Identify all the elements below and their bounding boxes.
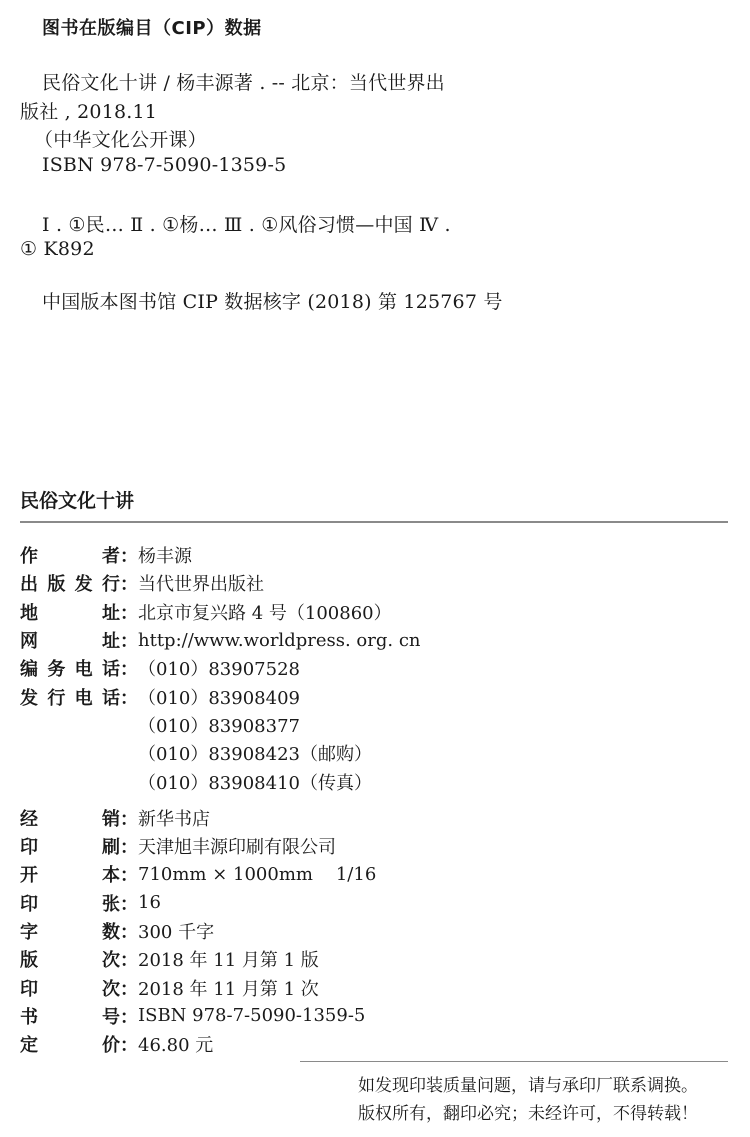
- value: （010）83908409: [138, 684, 300, 710]
- value: 300 千字: [138, 918, 214, 944]
- label: 地址: [20, 599, 120, 625]
- value: 杨丰源: [138, 542, 192, 568]
- label: 定价: [20, 1031, 120, 1057]
- label: 书号: [20, 1003, 120, 1029]
- spec-row-isbn: 书号 ： ISBN 978-7-5090-1359-5: [20, 1002, 421, 1030]
- label: 经销: [20, 805, 120, 831]
- label: 网址: [20, 627, 120, 653]
- label: 发行电话: [20, 684, 120, 710]
- cip-line-classification-code: ① K892: [20, 238, 95, 260]
- info-row-distribution-phone: 发行电话 ： （010）83908409: [20, 682, 421, 710]
- divider-bottom: [300, 1061, 728, 1062]
- value: 2018 年 11 月第 1 版: [138, 946, 319, 972]
- value: 16: [138, 892, 161, 913]
- value: ISBN 978-7-5090-1359-5: [138, 1005, 365, 1026]
- spec-row-distributor: 经销 ： 新华书店: [20, 804, 421, 832]
- info-row-author: 作者 ： 杨丰源: [20, 541, 421, 569]
- book-title: 民俗文化十讲: [20, 486, 134, 513]
- value: 46.80 元: [138, 1031, 213, 1057]
- label: 开本: [20, 861, 120, 887]
- spec-row-edition: 版次 ： 2018 年 11 月第 1 版: [20, 945, 421, 973]
- value: （010）83908410（传真）: [138, 769, 372, 795]
- info-row-phone-fax: （010）83908410（传真）: [20, 767, 421, 795]
- info-row-website: 网址 ： http://www.worldpress. org. cn: [20, 626, 421, 654]
- label: 字数: [20, 918, 120, 944]
- label: 印刷: [20, 833, 120, 859]
- value: 新华书店: [138, 805, 210, 831]
- label: 印次: [20, 975, 120, 1001]
- value: （010）83908423（邮购）: [138, 740, 372, 766]
- spec-row-format: 开本 ： 710mm × 1000mm 1/16: [20, 860, 421, 888]
- cip-line-series: （中华文化公开课）: [34, 125, 207, 152]
- copyright-notice: 版权所有，翻印必究；未经许可，不得转载！: [358, 1099, 698, 1124]
- spec-row-printer: 印刷 ： 天津旭丰源印刷有限公司: [20, 832, 421, 860]
- info-row-address: 地址 ： 北京市复兴路 4 号（100860）: [20, 598, 421, 626]
- cip-heading: 图书在版编目（CIP）数据: [42, 14, 262, 40]
- info-row-publisher: 出版发行 ： 当代世界出版社: [20, 569, 421, 597]
- info-row-phone-extra: （010）83908377: [20, 711, 421, 739]
- label: 作者: [20, 542, 120, 568]
- label: 印张: [20, 890, 120, 916]
- spec-row-word-count: 字数 ： 300 千字: [20, 917, 421, 945]
- quality-notice: 如发现印装质量问题，请与承印厂联系调换。: [358, 1071, 698, 1096]
- value: （010）83907528: [138, 655, 300, 681]
- value: 北京市复兴路 4 号（100860）: [138, 599, 392, 625]
- value: 当代世界出版社: [138, 570, 264, 596]
- website-link[interactable]: http://www.worldpress. org. cn: [138, 630, 421, 651]
- value: （010）83908377: [138, 712, 300, 738]
- cip-line-publisher-date: 版社 , 2018.11: [20, 97, 157, 124]
- value: 710mm × 1000mm 1/16: [138, 864, 376, 885]
- value: 天津旭丰源印刷有限公司: [138, 833, 336, 859]
- spec-row-price: 定价 ： 46.80 元: [20, 1030, 421, 1058]
- label: 编务电话: [20, 655, 120, 681]
- info-row-phone-mail-order: （010）83908423（邮购）: [20, 739, 421, 767]
- cip-line-title-author: 民俗文化十讲 / 杨丰源著 . -- 北京：当代世界出: [42, 68, 445, 95]
- label: 出版发行: [20, 570, 120, 596]
- divider-top: [20, 521, 728, 523]
- cip-line-isbn: ISBN 978-7-5090-1359-5: [42, 154, 286, 176]
- cip-line-verification: 中国版本图书馆 CIP 数据核字 (2018) 第 125767 号: [42, 287, 503, 314]
- value: 2018 年 11 月第 1 次: [138, 975, 319, 1001]
- spec-row-sheets: 印张 ： 16: [20, 889, 421, 917]
- cip-line-classification: Ⅰ . ①民… Ⅱ . ①杨… Ⅲ . ①风俗习惯—中国 Ⅳ .: [42, 210, 451, 237]
- publication-info: 作者 ： 杨丰源 出版发行 ： 当代世界出版社 地址 ： 北京市复兴路 4 号（…: [20, 541, 421, 1058]
- label: 版次: [20, 946, 120, 972]
- info-row-editorial-phone: 编务电话 ： （010）83907528: [20, 654, 421, 682]
- spec-row-printing: 印次 ： 2018 年 11 月第 1 次: [20, 973, 421, 1001]
